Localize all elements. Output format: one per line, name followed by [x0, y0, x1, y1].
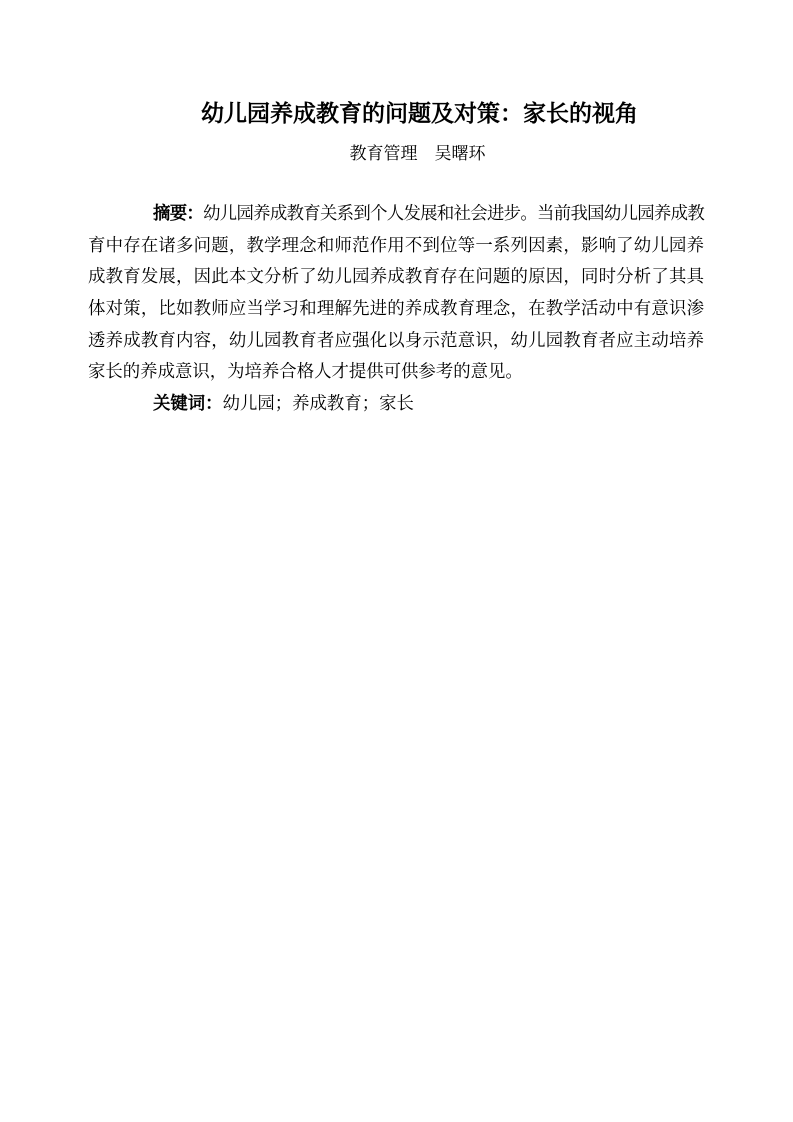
- document-page: 幼儿园养成教育的问题及对策：家长的视角 教育管理 吴曙环 摘要：幼儿园养成教育关…: [0, 0, 793, 1122]
- abstract-line: 摘要：幼儿园养成教育关系到个人发展和社会进步。当前我国幼儿园养成教: [88, 198, 704, 230]
- abstract-line: 家长的养成意识，为培养合格人才提供可供参考的意见。: [88, 356, 704, 388]
- abstract-line: 体对策，比如教师应当学习和理解先进的养成教育理念，在教学活动中有意识渗: [88, 293, 704, 325]
- abstract-line: 育中存在诸多问题，教学理念和师范作用不到位等一系列因素，影响了幼儿园养: [88, 230, 704, 262]
- author-byline: 教育管理 吴曙环: [21, 142, 793, 166]
- abstract-section: 摘要：幼儿园养成教育关系到个人发展和社会进步。当前我国幼儿园养成教 育中存在诸多…: [88, 198, 704, 420]
- abstract-label: 摘要：: [153, 203, 203, 223]
- paper-title: 幼儿园养成教育的问题及对策：家长的视角: [23, 98, 793, 128]
- keywords-line: 关键词：幼儿园；养成教育；家长: [88, 388, 704, 420]
- abstract-line: 透养成教育内容，幼儿园教育者应强化以身示范意识，幼儿园教育者应主动培养: [88, 325, 704, 357]
- abstract-line: 成教育发展，因此本文分析了幼儿园养成教育存在问题的原因，同时分析了其具: [88, 261, 704, 293]
- keywords-label: 关键词：: [153, 393, 223, 413]
- keywords-text: 幼儿园；养成教育；家长: [223, 393, 414, 413]
- abstract-line-text: 幼儿园养成教育关系到个人发展和社会进步。当前我国幼儿园养成教: [203, 203, 704, 223]
